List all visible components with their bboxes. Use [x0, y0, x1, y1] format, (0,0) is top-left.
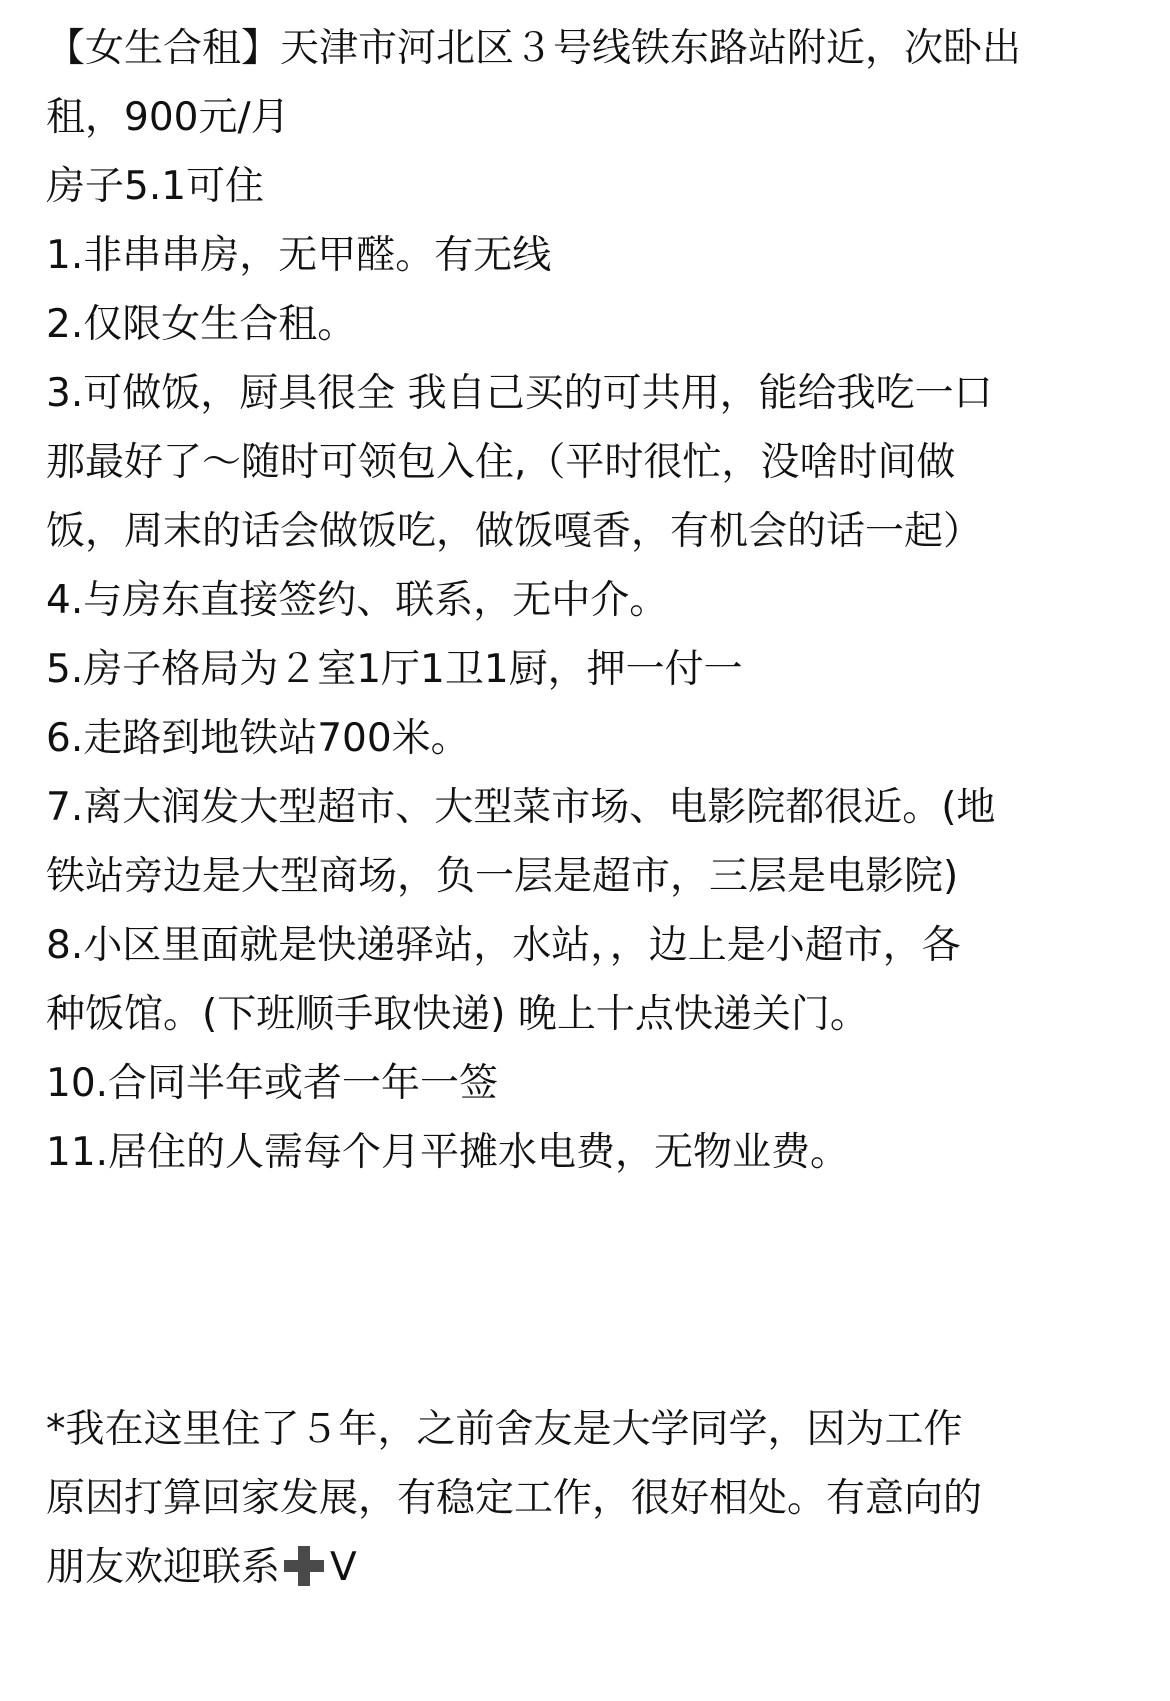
item-3-line-2: 那最好了～随时可领包入住,（平时很忙，没啥时间做 — [46, 428, 1136, 497]
item-3-line-3: 饭，周末的话会做饭吃，做饭嘎香，有机会的话一起） — [46, 497, 1136, 566]
item-8-line-2: 种饭馆。(下班顺手取快递) 晚上十点快递关门。 — [46, 980, 1136, 1049]
item-10: 10.合同半年或者一年一签 — [46, 1049, 1136, 1118]
title-line-1: 【女生合租】天津市河北区３号线铁东路站附近，次卧出 — [46, 14, 1136, 83]
item-3-line-1: 3.可做饭，厨具很全 我自己买的可共用，能给我吃一口 — [46, 359, 1136, 428]
rental-post: 【女生合租】天津市河北区３号线铁东路站附近，次卧出 租，900元/月 房子5.1… — [46, 14, 1136, 1602]
item-1: 1.非串串房，无甲醛。有无线 — [46, 221, 1136, 290]
item-4: 4.与房东直接签约、联系，无中介。 — [46, 566, 1136, 635]
item-2: 2.仅限女生合租。 — [46, 290, 1136, 359]
contact-text: 朋友欢迎联系 — [46, 1545, 280, 1590]
plus-icon — [284, 1546, 324, 1586]
item-7-line-2: 铁站旁边是大型商场，负一层是超市，三层是电影院) — [46, 842, 1136, 911]
note-line-3: 朋友欢迎联系V — [46, 1533, 1136, 1602]
note-line-1: *我在这里住了５年，之前舍友是大学同学，因为工作 — [46, 1395, 1136, 1464]
item-7-line-1: 7.离大润发大型超市、大型菜市场、电影院都很近。(地 — [46, 773, 1136, 842]
contact-suffix: V — [330, 1545, 357, 1590]
move-in-date: 房子5.1可住 — [46, 152, 1136, 221]
item-5: 5.房子格局为２室1厅1卫1厨，押一付一 — [46, 635, 1136, 704]
note-line-2: 原因打算回家发展，有稳定工作，很好相处。有意向的 — [46, 1464, 1136, 1533]
item-11: 11.居住的人需每个月平摊水电费，无物业费。 — [46, 1118, 1136, 1187]
item-6: 6.走路到地铁站700米。 — [46, 704, 1136, 773]
item-8-line-1: 8.小区里面就是快递驿站，水站，，边上是小超市，各 — [46, 911, 1136, 980]
spacer — [46, 1187, 1136, 1395]
title-line-2: 租，900元/月 — [46, 83, 1136, 152]
